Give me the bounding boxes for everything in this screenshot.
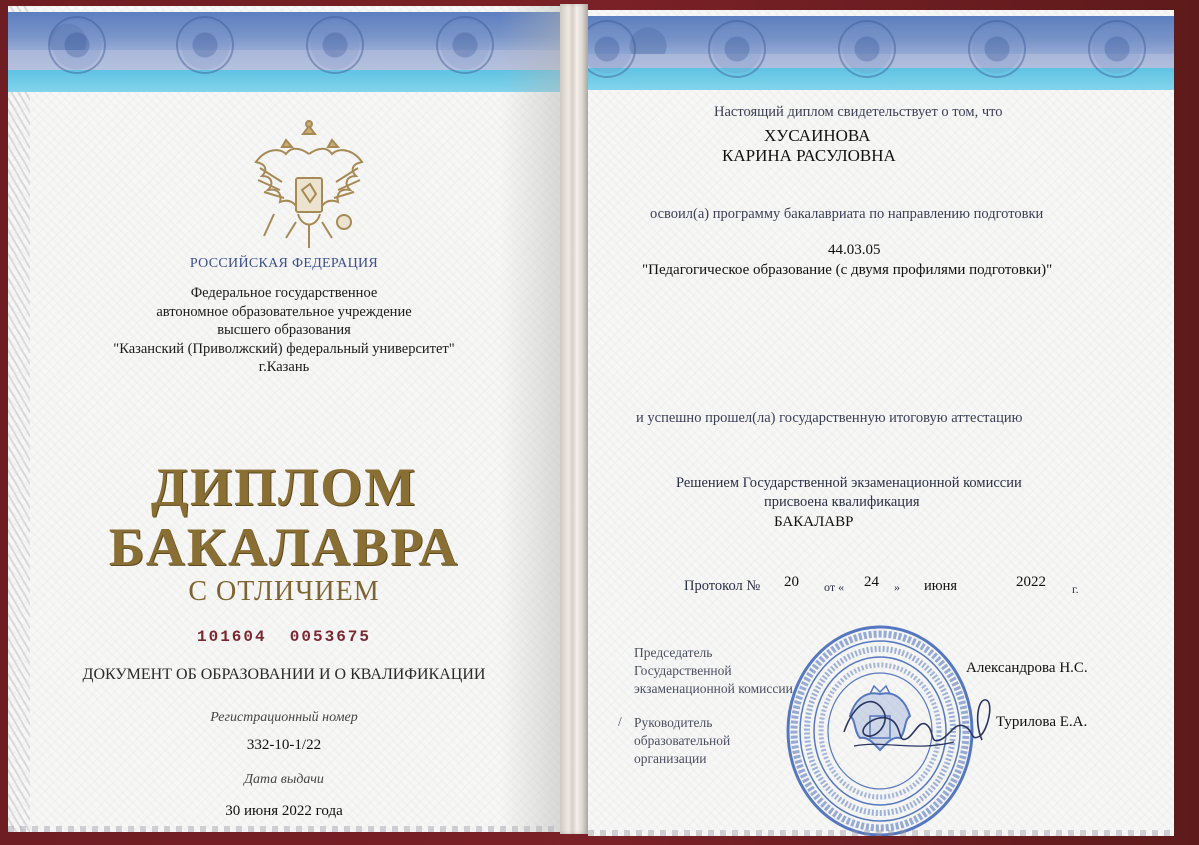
decorative-band bbox=[588, 10, 1174, 88]
protocol-month: июня bbox=[924, 578, 957, 595]
registration-label: Регистрационный номер bbox=[8, 710, 560, 726]
document-type: ДОКУМЕНТ ОБ ОБРАЗОВАНИИ И О КВАЛИФИКАЦИИ bbox=[8, 666, 560, 684]
certifies-text: Настоящий диплом свидетельствует о том, … bbox=[714, 104, 1003, 121]
left-page: РОССИЙСКАЯ ФЕДЕРАЦИЯ Федеральное государ… bbox=[8, 6, 560, 832]
protocol-from: от « bbox=[824, 580, 844, 595]
chair-label: Председатель Государственной экзаменацио… bbox=[634, 644, 804, 698]
diploma-honors: С ОТЛИЧИЕМ bbox=[8, 576, 560, 608]
organization-line: Федеральное государственное bbox=[8, 284, 560, 303]
diploma-spine bbox=[560, 4, 588, 834]
rosette-icon bbox=[708, 20, 766, 78]
mastered-text: освоил(а) программу бакалавриата по напр… bbox=[650, 206, 1043, 223]
protocol-year-suffix: г. bbox=[1072, 582, 1079, 597]
country-name: РОССИЙСКАЯ ФЕДЕРАЦИЯ bbox=[8, 256, 560, 272]
qualification-assigned: присвоена квалификация bbox=[764, 494, 920, 511]
protocol-day: 24 bbox=[864, 574, 879, 591]
issue-date-label: Дата выдачи bbox=[8, 772, 560, 788]
organization-line: "Казанский (Приволжский) федеральный уни… bbox=[8, 340, 560, 359]
slash-mark: / bbox=[618, 714, 622, 730]
protocol-year: 2022 bbox=[1016, 574, 1046, 591]
rosette-icon bbox=[436, 16, 494, 74]
program-name: "Педагогическое образование (с двумя про… bbox=[642, 262, 1052, 279]
serial-number: 101604 0053675 bbox=[8, 628, 560, 646]
page-edge bbox=[588, 830, 1174, 836]
graduate-given-names: КАРИНА РАСУЛОВНА bbox=[722, 146, 896, 166]
rosette-icon bbox=[176, 16, 234, 74]
attestation-text: и успешно прошел(ла) государственную ито… bbox=[636, 410, 1022, 427]
coat-of-arms-icon bbox=[246, 118, 372, 258]
diploma-degree: БАКАЛАВРА bbox=[8, 516, 560, 578]
rosette-icon bbox=[1088, 20, 1146, 78]
protocol-number: 20 bbox=[784, 574, 799, 591]
rosette-icon bbox=[306, 16, 364, 74]
commission-decision: Решением Государственной экзаменационной… bbox=[676, 475, 1022, 492]
issue-date: 30 июня 2022 года bbox=[8, 803, 560, 820]
protocol-quote: » bbox=[894, 580, 900, 595]
signature-icon bbox=[824, 682, 1004, 762]
program-code: 44.03.05 bbox=[828, 242, 881, 259]
chair-name: Александрова Н.С. bbox=[966, 660, 1088, 677]
right-page: Настоящий диплом свидетельствует о том, … bbox=[588, 10, 1174, 836]
graduate-surname: ХУСАИНОВА bbox=[764, 126, 870, 146]
rosette-icon bbox=[968, 20, 1026, 78]
organization-name: Федеральное государственное автономное о… bbox=[8, 284, 560, 377]
head-name: Турилова Е.А. bbox=[996, 714, 1087, 731]
protocol-label: Протокол № bbox=[684, 578, 760, 595]
registration-number: 332-10-1/22 bbox=[8, 737, 560, 754]
page-edge bbox=[8, 826, 560, 832]
head-label: Руководитель образовательной организации bbox=[634, 714, 804, 768]
organization-line: высшего образования bbox=[8, 321, 560, 340]
organization-city: г.Казань bbox=[8, 358, 560, 377]
qualification: БАКАЛАВР bbox=[774, 514, 853, 531]
decorative-band bbox=[8, 6, 560, 92]
organization-line: автономное образовательное учреждение bbox=[8, 303, 560, 322]
diploma-title: ДИПЛОМ bbox=[8, 456, 560, 518]
rosette-icon bbox=[48, 16, 106, 74]
rosette-icon bbox=[838, 20, 896, 78]
